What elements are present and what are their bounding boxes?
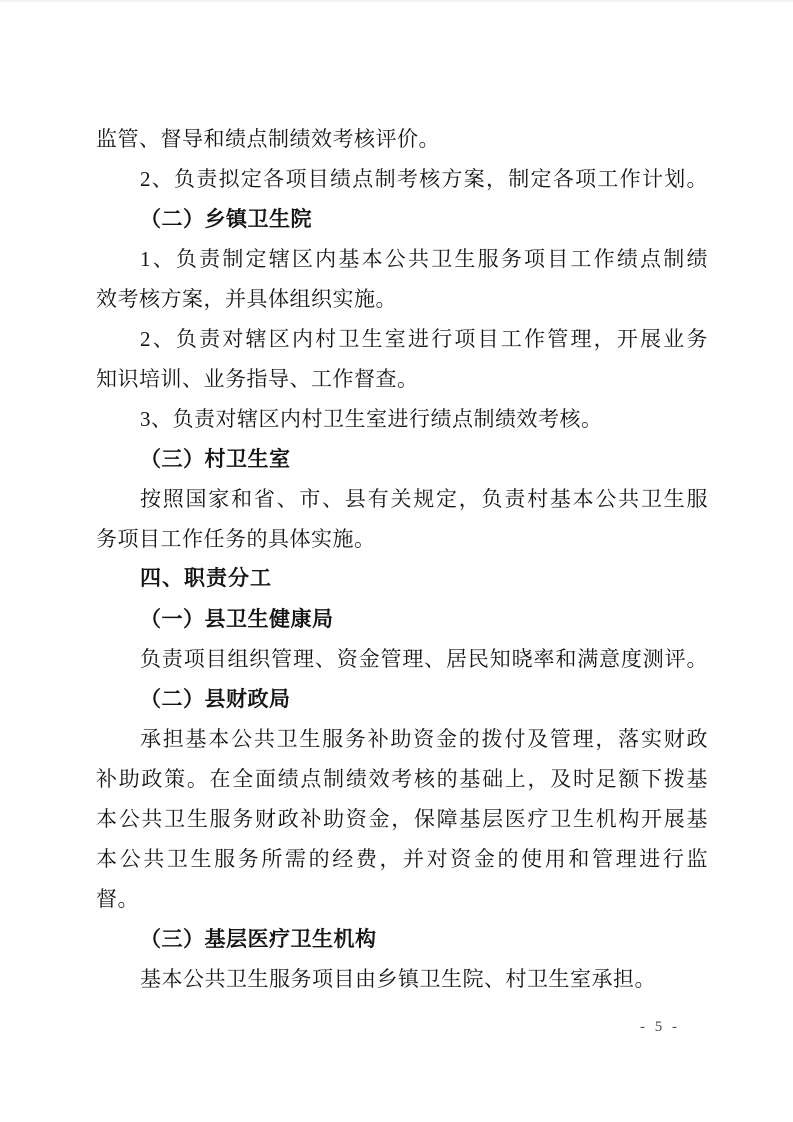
paragraph-line: 基本公共卫生服务项目由乡镇卫生院、村卫生室承担。 bbox=[96, 959, 708, 999]
paragraph-line: 知识培训、业务指导、工作督查。 bbox=[96, 359, 708, 399]
page-number: - 5 - bbox=[560, 1016, 760, 1038]
paragraph-line: 按照国家和省、市、县有关规定，负责村基本公共卫生服 bbox=[96, 479, 708, 519]
page-top-edge bbox=[0, 0, 793, 2]
paragraph-line: 负责项目组织管理、资金管理、居民知晓率和满意度测评。 bbox=[96, 639, 708, 679]
paragraph-line: 效考核方案，并具体组织实施。 bbox=[96, 279, 708, 319]
paragraph-line: 本公共卫生服务财政补助资金，保障基层医疗卫生机构开展基 bbox=[96, 799, 708, 839]
document-page: 监管、督导和绩点制绩效考核评价。 2、负责拟定各项目绩点制考核方案，制定各项工作… bbox=[0, 0, 793, 1122]
paragraph-line: 监管、督导和绩点制绩效考核评价。 bbox=[96, 119, 708, 159]
paragraph-line: 2、负责拟定各项目绩点制考核方案，制定各项工作计划。 bbox=[96, 159, 708, 199]
paragraph-line: 务项目工作任务的具体实施。 bbox=[96, 519, 708, 559]
sub-heading-village: （三）村卫生室 bbox=[96, 439, 708, 479]
document-body: 监管、督导和绩点制绩效考核评价。 2、负责拟定各项目绩点制考核方案，制定各项工作… bbox=[96, 119, 708, 999]
sub-heading-township: （二）乡镇卫生院 bbox=[96, 199, 708, 239]
paragraph-line: 承担基本公共卫生服务补助资金的拨付及管理，落实财政 bbox=[96, 719, 708, 759]
paragraph-line: 3、负责对辖区内村卫生室进行绩点制绩效考核。 bbox=[96, 399, 708, 439]
paragraph-line: 补助政策。在全面绩点制绩效考核的基础上，及时足额下拨基 bbox=[96, 759, 708, 799]
section-heading-duties: 四、职责分工 bbox=[96, 559, 708, 599]
sub-heading-grassroots-orgs: （三）基层医疗卫生机构 bbox=[96, 919, 708, 959]
paragraph-line: 本公共卫生服务所需的经费，并对资金的使用和管理进行监 bbox=[96, 839, 708, 879]
paragraph-line: 2、负责对辖区内村卫生室进行项目工作管理，开展业务 bbox=[96, 319, 708, 359]
paragraph-line: 督。 bbox=[96, 879, 708, 919]
sub-heading-finance-bureau: （二）县财政局 bbox=[96, 679, 708, 719]
paragraph-line: 1、负责制定辖区内基本公共卫生服务项目工作绩点制绩 bbox=[96, 239, 708, 279]
sub-heading-health-bureau: （一）县卫生健康局 bbox=[96, 599, 708, 639]
